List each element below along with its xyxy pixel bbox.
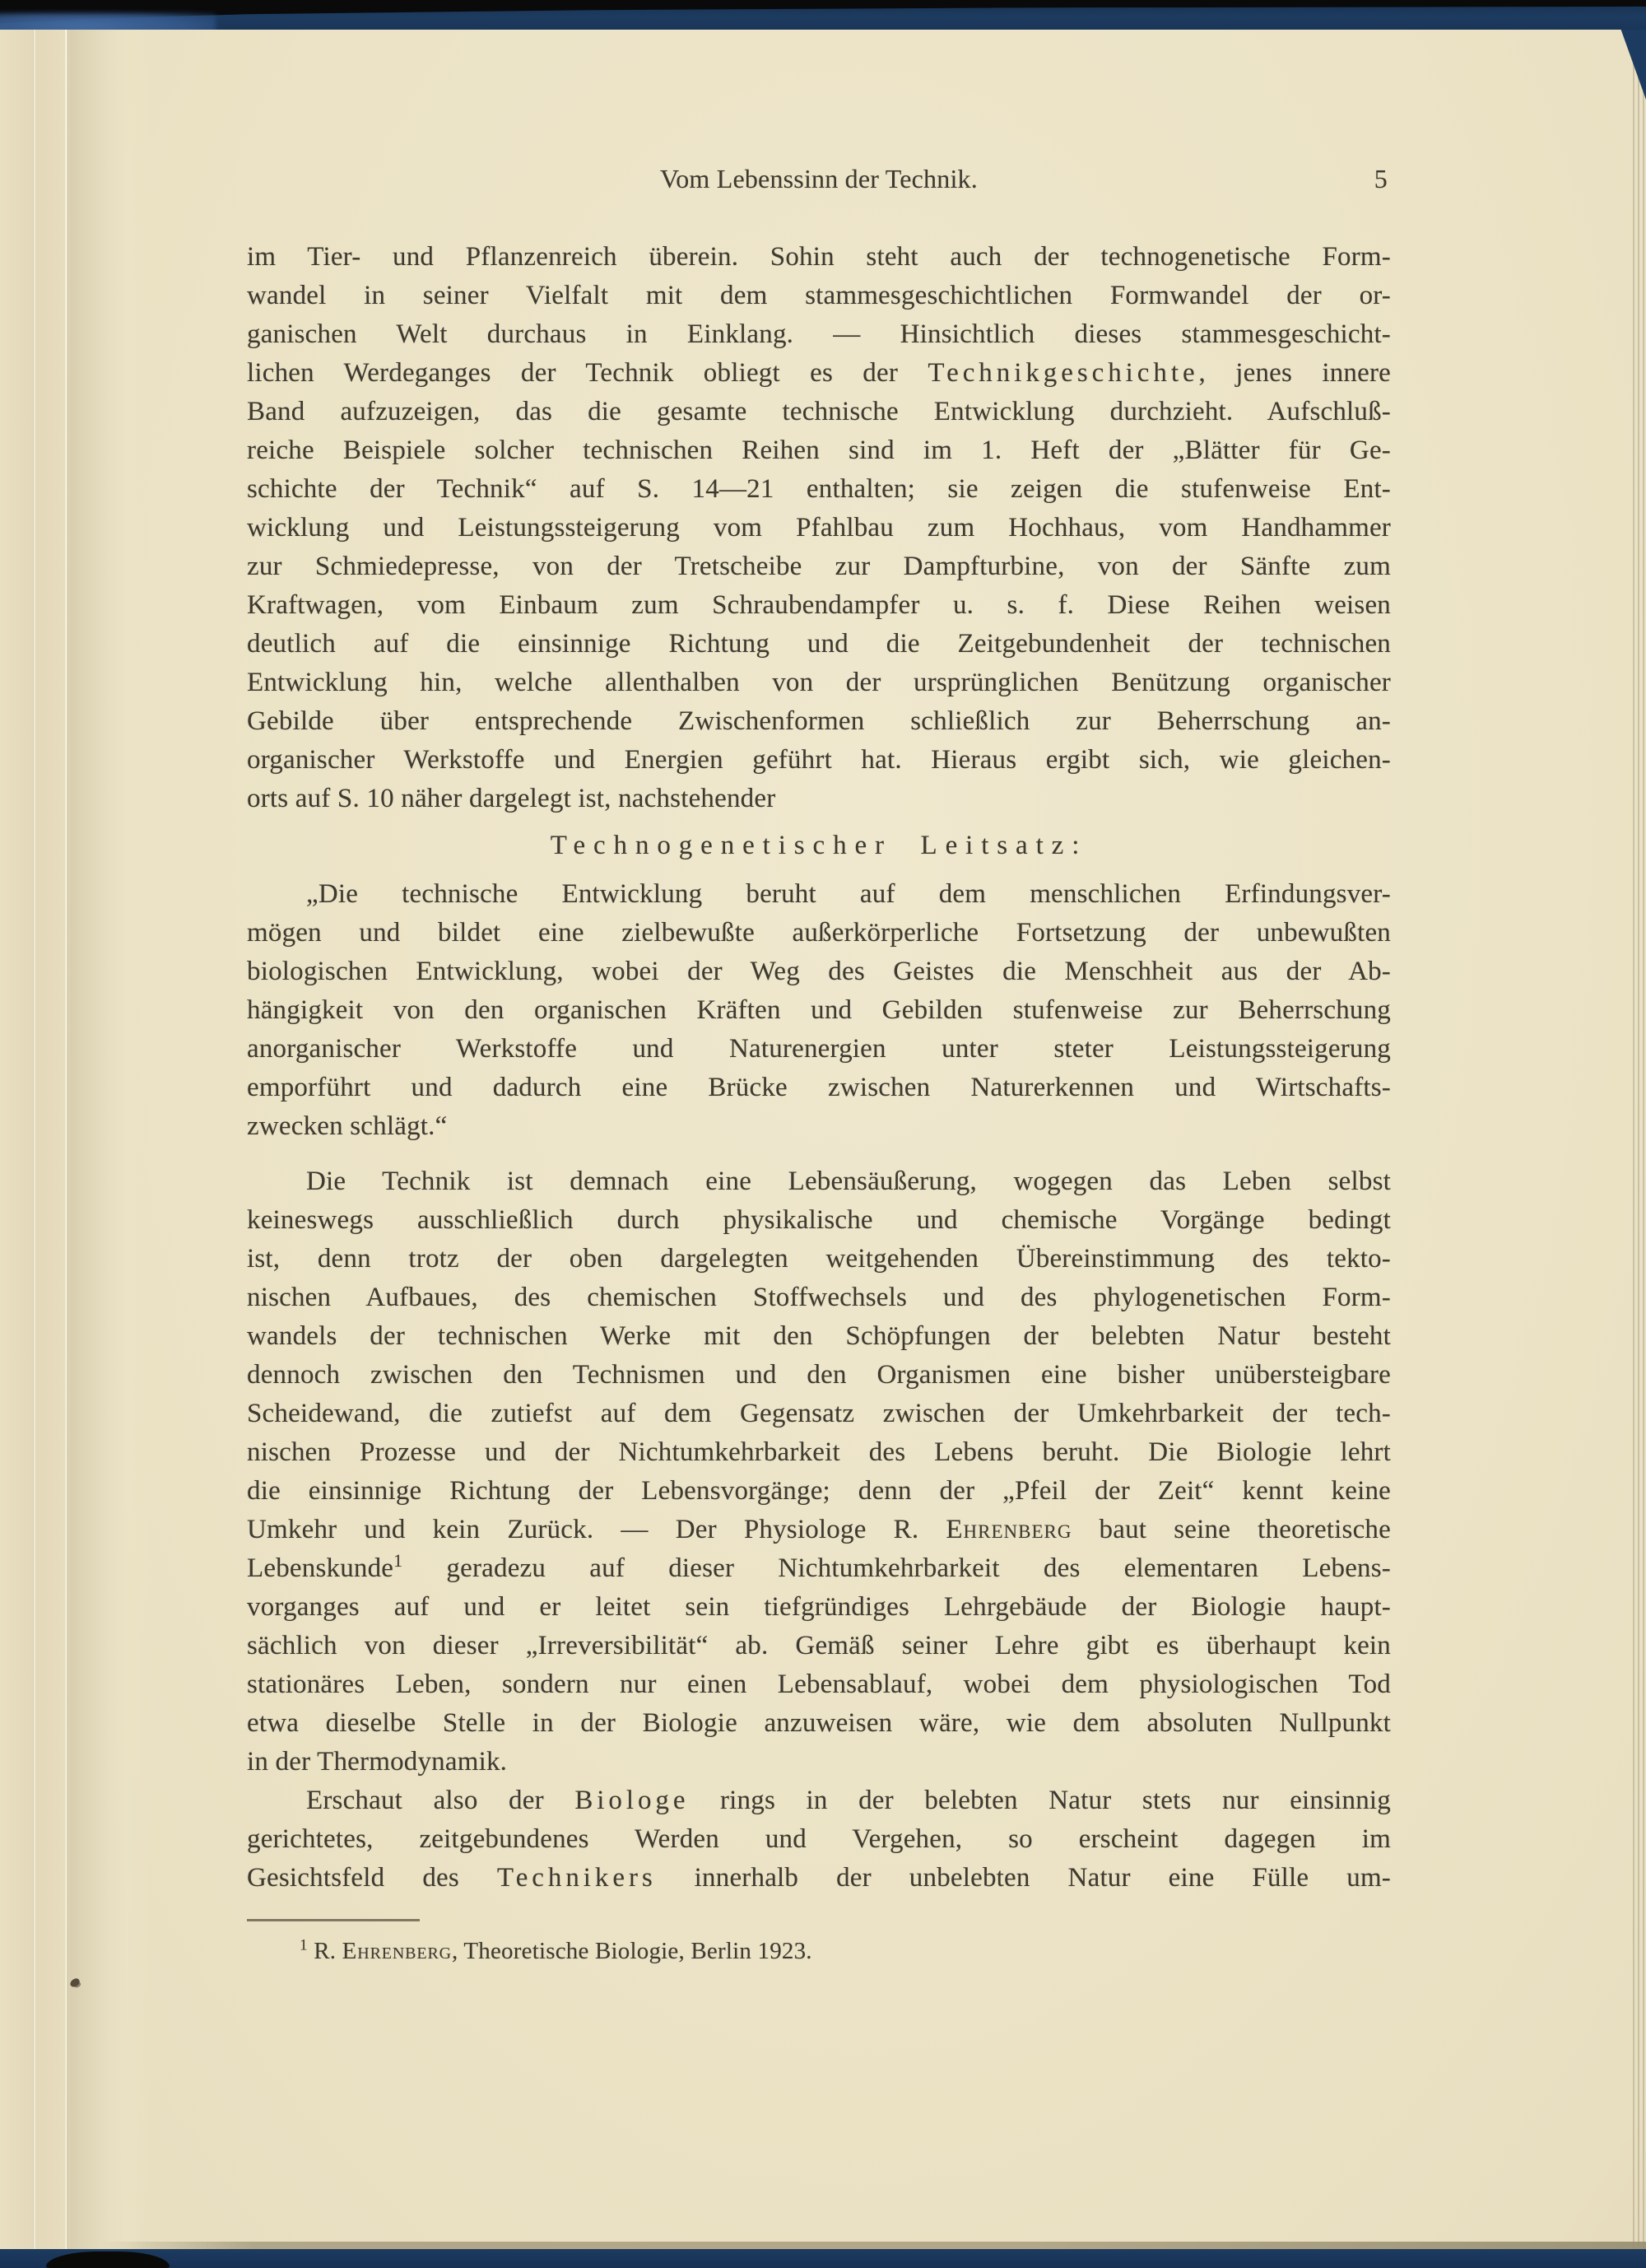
text-segment: sächlich von dieser „Irreversibilität“ a… — [247, 1631, 1391, 1660]
text-line: Entwicklung hin, welche allenthalben von… — [247, 664, 1391, 702]
page-stack-edge — [1633, 30, 1646, 2249]
text-segment: zur Schmiedepresse, von der Tretscheibe … — [247, 552, 1391, 581]
text-segment: wandels der technischen Werke mit den Sc… — [247, 1321, 1391, 1351]
text-segment: wandel in seiner Vielfalt mit dem stamme… — [247, 281, 1391, 310]
text-segment: vorganges auf und er leitet sein tiefgrü… — [247, 1592, 1391, 1622]
text-line: in der Thermodynamik. — [247, 1743, 1391, 1781]
letterspaced-word: Technikers — [497, 1863, 657, 1893]
letterspaced-word: Technikgeschichte — [928, 358, 1198, 388]
text-segment: zwecken schlägt.“ — [247, 1111, 447, 1141]
text-segment: , Theoretische Biologie, Berlin 1923. — [452, 1938, 812, 1964]
text-segment: Die Technik ist demnach eine Lebensäußer… — [306, 1167, 1391, 1196]
smallcaps-name: Ehrenberg — [342, 1938, 452, 1964]
text-segment: emporführt und dadurch eine Brücke zwisc… — [247, 1073, 1391, 1102]
text-line: nischen Prozesse und der Nichtumkehrbark… — [247, 1433, 1391, 1472]
paragraph: Erschaut also der Biologe rings in der b… — [247, 1781, 1391, 1898]
text-line: anorganischer Werkstoffe und Naturenergi… — [247, 1030, 1391, 1069]
text-line: Gebilde über entsprechende Zwischenforme… — [247, 702, 1391, 741]
text-line: Band aufzuzeigen, das die gesamte techni… — [247, 393, 1391, 431]
text-line: wicklung und Leistungssteigerung vom Pfa… — [247, 509, 1391, 547]
text-block: Vom Lebenssinn der Technik. 5 im Tier- u… — [247, 160, 1391, 1968]
text-segment: hängigkeit von den organischen Kräften u… — [247, 995, 1391, 1025]
page-gutter-shadow — [0, 30, 152, 2249]
text-segment: gerichtetes, zeitgebundenes Werden und V… — [247, 1824, 1391, 1854]
paragraph: Die Technik ist demnach eine Lebensäußer… — [247, 1162, 1391, 1781]
text-line: zwecken schlägt.“ — [247, 1107, 1391, 1146]
text-segment: anorganischer Werkstoffe und Naturenergi… — [247, 1034, 1391, 1064]
text-segment: geradezu auf dieser Nichtumkehrbarkeit d… — [402, 1553, 1391, 1583]
page-edge-line — [33, 30, 35, 2249]
section-heading: Technogenetischer Leitsatz: — [247, 827, 1391, 865]
page-number: 5 — [1374, 160, 1388, 198]
text-line: „Die technische Entwicklung beruht auf d… — [247, 875, 1391, 914]
text-segment: baut seine theoretische — [1072, 1515, 1391, 1544]
text-segment: Scheidewand, die zutiefst auf dem Gegens… — [247, 1399, 1391, 1428]
book-cover-bottom-edge — [0, 2249, 1646, 2268]
text-segment: mögen und bildet eine zielbewußte außerk… — [247, 918, 1391, 948]
running-header: Vom Lebenssinn der Technik. 5 — [247, 160, 1391, 198]
book-cover-top-edge — [0, 0, 1646, 30]
text-segment: ist, denn trotz der oben dargelegten wei… — [247, 1244, 1391, 1274]
text-segment: in der Thermodynamik. — [247, 1747, 507, 1777]
text-line: sächlich von dieser „Irreversibilität“ a… — [247, 1627, 1391, 1665]
text-segment: keineswegs ausschließlich durch physikal… — [247, 1205, 1391, 1235]
text-segment: dennoch zwischen den Technismen und den … — [247, 1360, 1391, 1390]
text-segment: Gesichtsfeld des — [247, 1863, 497, 1893]
text-line: keineswegs ausschließlich durch physikal… — [247, 1201, 1391, 1240]
footnote-separator-rule — [247, 1919, 420, 1921]
text-line: 1 R. Ehrenberg, Theoretische Biologie, B… — [247, 1935, 1391, 1968]
footnote-marker: 1 — [393, 1551, 402, 1571]
text-segment: reiche Beispiele solcher technischen Rei… — [247, 435, 1391, 465]
text-line: Erschaut also der Biologe rings in der b… — [247, 1781, 1391, 1820]
text-segment: R. — [308, 1938, 342, 1964]
paragraph: im Tier- und Pflanzenreich überein. Sohi… — [247, 238, 1391, 818]
text-segment: wicklung und Leistungssteigerung vom Pfa… — [247, 513, 1391, 543]
text-line: stationäres Leben, sondern nur einen Leb… — [247, 1665, 1391, 1704]
text-segment: „Die technische Entwicklung beruht auf d… — [306, 879, 1391, 909]
text-segment: deutlich auf die einsinnige Richtung und… — [247, 629, 1391, 659]
running-header-title: Vom Lebenssinn der Technik. — [660, 164, 978, 193]
letterspaced-word: Biologe — [574, 1786, 689, 1815]
text-segment: nischen Aufbaues, des chemischen Stoffwe… — [247, 1283, 1391, 1312]
text-segment: Band aufzuzeigen, das die gesamte techni… — [247, 397, 1391, 426]
text-line: reiche Beispiele solcher technischen Rei… — [247, 431, 1391, 470]
smallcaps-name: Ehrenberg — [946, 1515, 1072, 1544]
text-segment: Gebilde über entsprechende Zwischenforme… — [247, 706, 1391, 736]
text-segment: rings in der belebten Natur stets nur ei… — [689, 1786, 1391, 1815]
body-text: im Tier- und Pflanzenreich überein. Sohi… — [247, 238, 1391, 1898]
text-line: Lebenskunde1 geradezu auf dieser Nichtum… — [247, 1549, 1391, 1588]
text-line: nischen Aufbaues, des chemischen Stoffwe… — [247, 1278, 1391, 1317]
text-segment: Entwicklung hin, welche allenthalben von… — [247, 668, 1391, 697]
book-page-paper: Vom Lebenssinn der Technik. 5 im Tier- u… — [0, 30, 1646, 2249]
ink-blob — [46, 2252, 170, 2268]
page-crease-line — [65, 30, 68, 2249]
text-line: orts auf S. 10 näher dargelegt ist, nach… — [247, 780, 1391, 818]
text-segment: im Tier- und Pflanzenreich überein. Sohi… — [247, 242, 1391, 272]
text-line: biologischen Entwicklung, wobei der Weg … — [247, 952, 1391, 991]
text-line: etwa dieselbe Stelle in der Biologie anz… — [247, 1704, 1391, 1743]
text-line: wandel in seiner Vielfalt mit dem stamme… — [247, 277, 1391, 315]
text-line: organischer Werkstoffe und Energien gefü… — [247, 741, 1391, 780]
text-line: dennoch zwischen den Technismen und den … — [247, 1356, 1391, 1395]
text-segment: Erschaut also der — [306, 1786, 574, 1815]
text-segment: schichte der Technik“ auf S. 14—21 entha… — [247, 474, 1391, 504]
footnote-marker: 1 — [300, 1936, 308, 1954]
paragraph: „Die technische Entwicklung beruht auf d… — [247, 875, 1391, 1146]
text-line: hängigkeit von den organischen Kräften u… — [247, 991, 1391, 1030]
text-segment: , jenes innere — [1199, 358, 1391, 388]
text-line: gerichtetes, zeitgebundenes Werden und V… — [247, 1820, 1391, 1859]
text-line: wandels der technischen Werke mit den Sc… — [247, 1317, 1391, 1356]
scan-background-strip — [0, 0, 1646, 30]
text-segment: ganischen Welt durchaus in Einklang. — H… — [247, 319, 1391, 349]
text-line: Die Technik ist demnach eine Lebensäußer… — [247, 1162, 1391, 1201]
text-line: ist, denn trotz der oben dargelegten wei… — [247, 1240, 1391, 1278]
text-segment: biologischen Entwicklung, wobei der Weg … — [247, 957, 1391, 986]
text-line: Scheidewand, die zutiefst auf dem Gegens… — [247, 1395, 1391, 1433]
text-segment: stationäres Leben, sondern nur einen Leb… — [247, 1670, 1391, 1699]
text-segment: etwa dieselbe Stelle in der Biologie anz… — [247, 1708, 1391, 1738]
scanned-book-page: Vom Lebenssinn der Technik. 5 im Tier- u… — [0, 0, 1646, 2268]
text-segment: Lebenskunde — [247, 1553, 393, 1583]
text-line: emporführt und dadurch eine Brücke zwisc… — [247, 1069, 1391, 1107]
text-segment: Umkehr und kein Zurück. — Der Physiologe… — [247, 1515, 946, 1544]
text-segment: nischen Prozesse und der Nichtumkehrbark… — [247, 1437, 1391, 1467]
footnote: 1 R. Ehrenberg, Theoretische Biologie, B… — [247, 1935, 1391, 1968]
text-segment: innerhalb der unbelebten Natur eine Füll… — [657, 1863, 1391, 1893]
text-line: Gesichtsfeld des Technikers innerhalb de… — [247, 1859, 1391, 1898]
text-line: vorganges auf und er leitet sein tiefgrü… — [247, 1588, 1391, 1627]
text-line: ganischen Welt durchaus in Einklang. — H… — [247, 315, 1391, 354]
text-line: schichte der Technik“ auf S. 14—21 entha… — [247, 470, 1391, 509]
text-line: die einsinnige Richtung der Lebensvorgän… — [247, 1472, 1391, 1511]
text-line: lichen Werdeganges der Technik obliegt e… — [247, 354, 1391, 393]
text-segment: die einsinnige Richtung der Lebensvorgän… — [247, 1476, 1391, 1506]
page-bottom-edge-line — [99, 2242, 1646, 2249]
text-line: Kraftwagen, vom Einbaum zum Schraubendam… — [247, 586, 1391, 625]
text-line: deutlich auf die einsinnige Richtung und… — [247, 625, 1391, 664]
text-line: Umkehr und kein Zurück. — Der Physiologe… — [247, 1511, 1391, 1549]
text-line: zur Schmiedepresse, von der Tretscheibe … — [247, 547, 1391, 586]
text-line: im Tier- und Pflanzenreich überein. Sohi… — [247, 238, 1391, 277]
text-segment: lichen Werdeganges der Technik obliegt e… — [247, 358, 928, 388]
text-segment: Kraftwagen, vom Einbaum zum Schraubendam… — [247, 590, 1391, 620]
text-line: mögen und bildet eine zielbewußte außerk… — [247, 914, 1391, 952]
text-segment: organischer Werkstoffe und Energien gefü… — [247, 745, 1391, 775]
text-segment: orts auf S. 10 näher dargelegt ist, nach… — [247, 784, 775, 813]
